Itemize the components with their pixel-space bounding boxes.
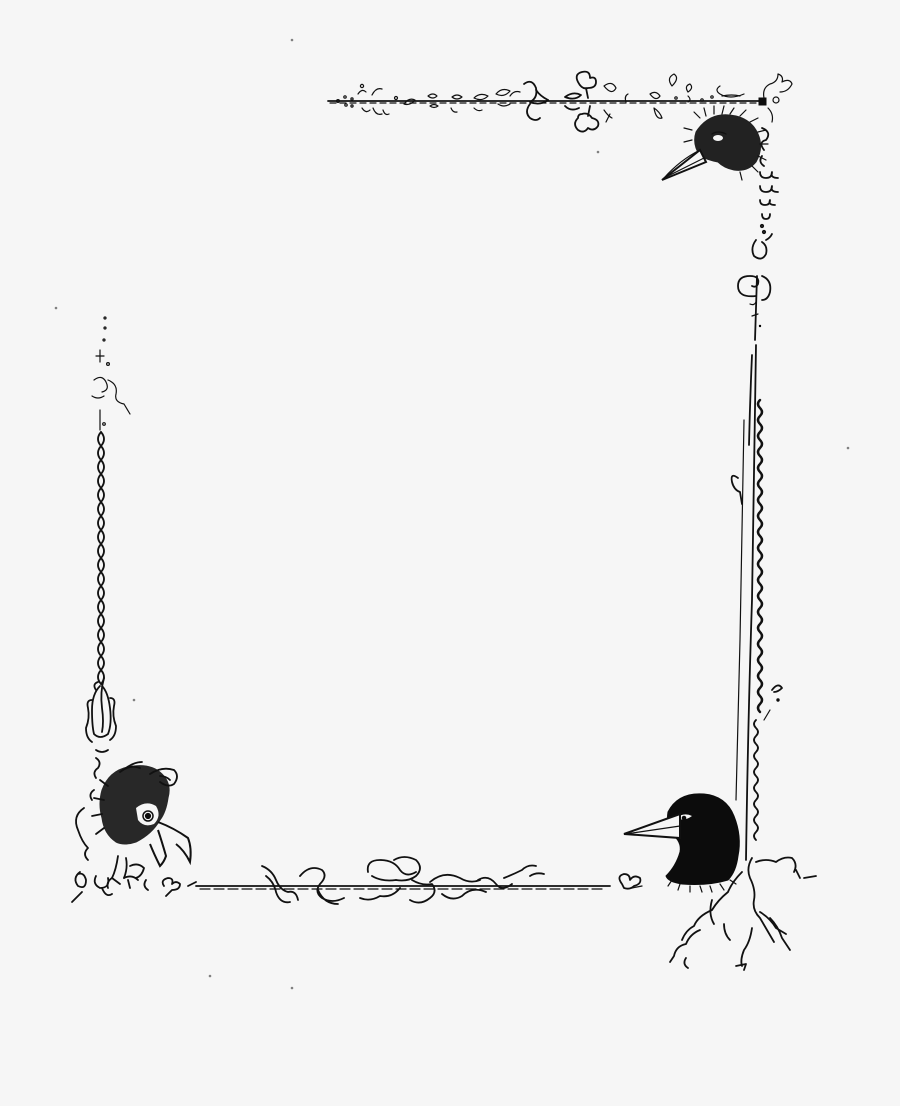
right-vine-stem-border xyxy=(732,128,782,860)
crow-head-bottom-right xyxy=(624,794,739,892)
crow-head-top-right xyxy=(662,106,768,180)
crow-bottom-left xyxy=(92,762,191,888)
decorative-border-illustration xyxy=(0,0,900,1106)
bottom-ribbon-border xyxy=(144,857,642,904)
